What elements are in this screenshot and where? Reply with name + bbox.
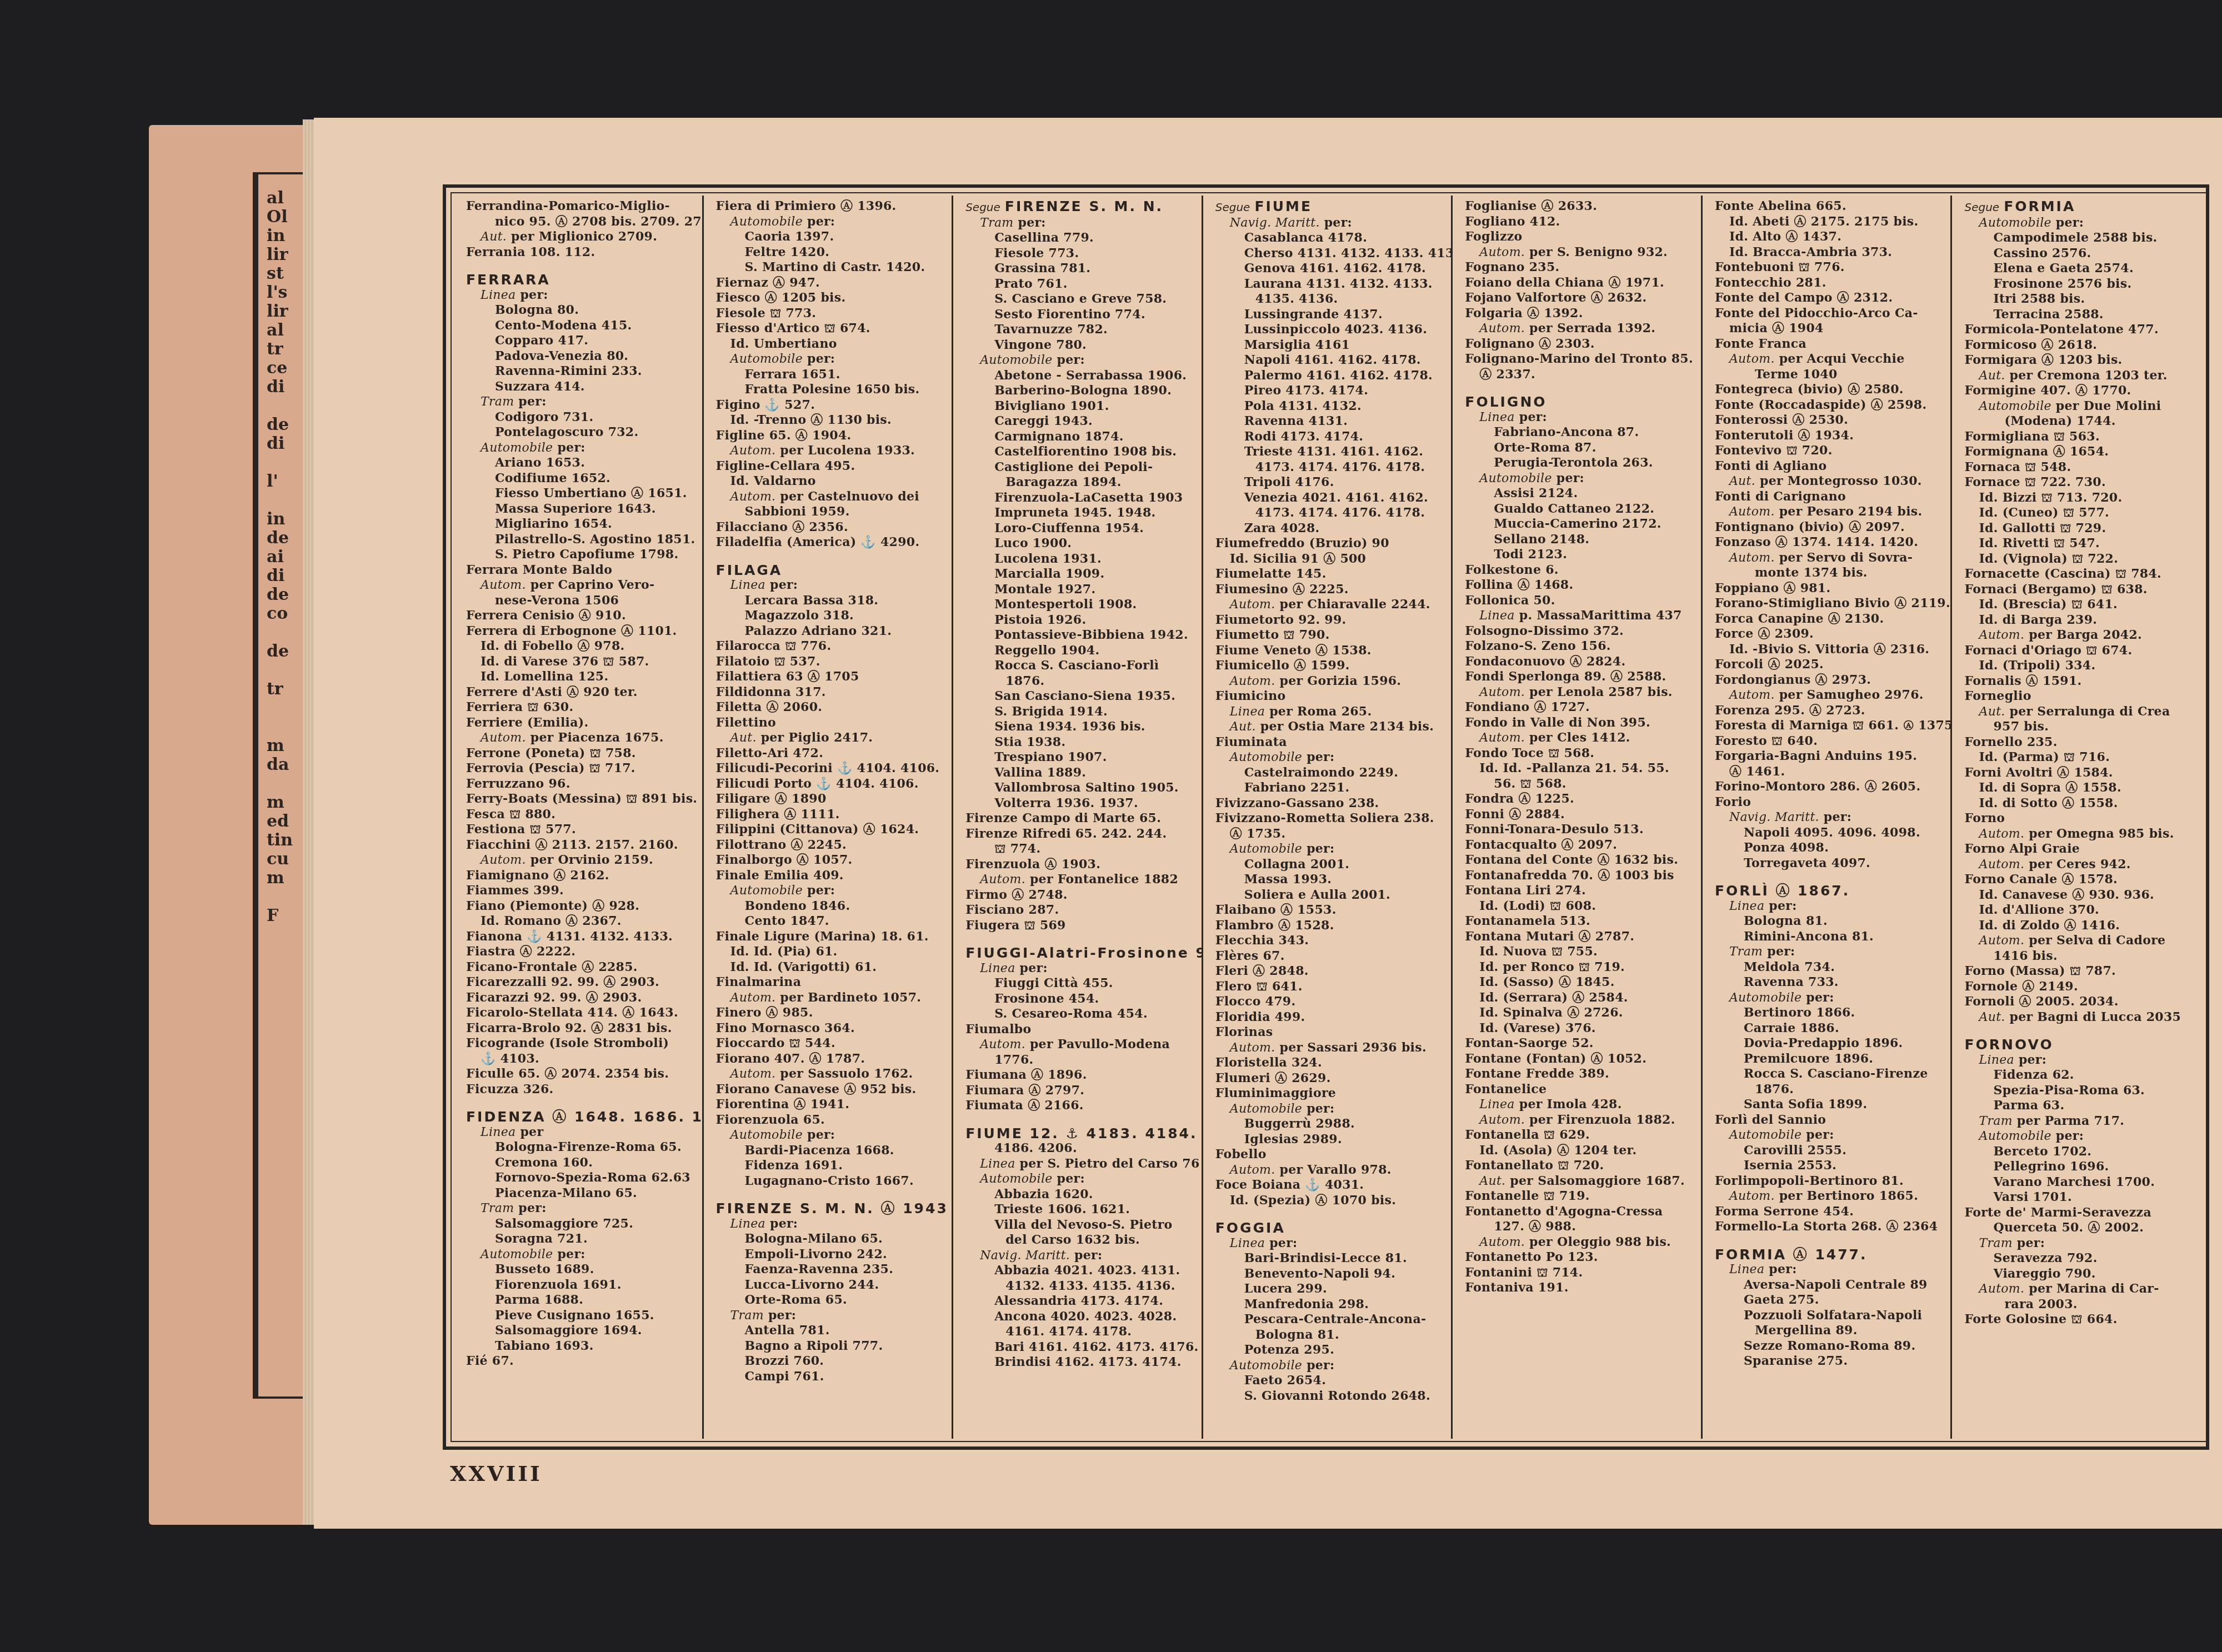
index-entry: Automobile per Due Molini	[1964, 399, 2195, 414]
index-entry: Aut. per Miglionico 2709.	[466, 229, 697, 245]
index-entry: Fiesole 773.	[965, 246, 1196, 262]
index-entry: Finale Emilia 409.	[716, 868, 947, 884]
index-entry: Ravenna 733.	[1715, 975, 1945, 990]
index-entry: Figline-Cellara 495.	[716, 459, 947, 474]
index-column-6: Fonte Abelina 665.Id. Abeti Ⓐ 2175. 2175…	[1703, 196, 1953, 1439]
index-entry: Autom. per Omegna 985 bis.	[1964, 827, 2195, 842]
index-entry: Fidenza 62.	[1964, 1068, 2195, 1083]
index-entry: Filetto-Ari 472.	[716, 746, 947, 762]
index-entry: Fontevivo ⛫ 720.	[1715, 443, 1945, 459]
index-entry: Codigoro 731.	[466, 410, 697, 425]
index-entry: Linea per:	[716, 578, 947, 593]
index-entry: Pozzuoli Solfatara-Napoli	[1715, 1308, 1945, 1324]
index-entry: Fontanelice	[1465, 1082, 1695, 1098]
index-entry: Id. Valdarno	[716, 474, 947, 489]
index-entry: Flumeri Ⓐ 2629.	[1215, 1071, 1446, 1087]
index-entry: Stia 1938.	[965, 735, 1196, 750]
index-entry: 4173. 4174. 4176. 4178.	[1215, 505, 1446, 521]
index-entry: Ravenna 4131.	[1215, 414, 1446, 429]
index-entry: Vingone 780.	[965, 338, 1196, 353]
index-entry: Ariano 1653.	[466, 455, 697, 471]
index-entry: Soliera e Aulla 2001.	[1215, 888, 1446, 903]
index-entry: Venezia 4021. 4161. 4162.	[1215, 490, 1446, 506]
index-entry: 4135. 4136.	[1215, 292, 1446, 307]
index-entry: Id. di Sotto Ⓐ 1558.	[1964, 796, 2195, 812]
index-entry: Fojano Valfortore Ⓐ 2632.	[1465, 291, 1695, 306]
continued-heading: SegueFIRENZE S. M. N.	[965, 199, 1196, 216]
index-entry: Fobello	[1215, 1147, 1446, 1163]
index-entry: Floridia 499.	[1215, 1010, 1446, 1025]
index-entry: Formicoso Ⓐ 2618.	[1964, 338, 2195, 353]
index-entry: Follonica 50.	[1465, 593, 1695, 609]
index-entry: Campodimele 2588 bis.	[1964, 231, 2195, 246]
index-entry: Fornoli Ⓐ 2005. 2034.	[1964, 994, 2195, 1010]
index-entry: Casellina 779.	[965, 231, 1196, 246]
index-entry: Ferry-Boats (Messina) ⛫ 891 bis.	[466, 792, 697, 807]
index-entry: Autom. per Sassari 2936 bis.	[1215, 1040, 1446, 1056]
index-entry: Autom. per Lenola 2587 bis.	[1465, 685, 1695, 700]
index-entry: Parma 63.	[1964, 1098, 2195, 1114]
index-entry: 4132. 4133. 4135. 4136.	[965, 1279, 1196, 1294]
index-entry: Fontanafredda 70. Ⓐ 1003 bis	[1465, 868, 1695, 884]
index-entry: Firenze Campo di Marte 65.	[965, 811, 1196, 827]
index-entry: Aversa-Napoli Centrale 89	[1715, 1278, 1945, 1293]
index-entry: Forno Alpi Graie	[1964, 842, 2195, 857]
index-entry: Fidenza 1691.	[716, 1158, 947, 1174]
index-entry: Rocca S. Casciano-Forlì	[965, 658, 1196, 674]
index-entry: Linea per:	[1465, 410, 1695, 425]
index-entry: Id. Id. (Varigotti) 61.	[716, 960, 947, 975]
index-entry: Formigine 407. Ⓐ 1770.	[1964, 383, 2195, 399]
index-entry: Empoli-Livorno 242.	[716, 1247, 947, 1263]
index-entry: Id. Bizzi ⛫ 713. 720.	[1964, 490, 2195, 506]
index-entry: Berceto 1702.	[1964, 1144, 2195, 1160]
index-entry: Forno (Massa) ⛫ 787.	[1964, 964, 2195, 979]
index-entry: Fivizzano-Gassano 238.	[1215, 796, 1446, 812]
index-entry: Automobile per:	[1964, 216, 2195, 231]
index-entry: Tram per:	[466, 1201, 697, 1217]
index-entry: Automobile per:	[716, 352, 947, 367]
index-entry: Santa Sofia 1899.	[1715, 1097, 1945, 1113]
index-entry: Id. (Sasso) Ⓐ 1845.	[1465, 975, 1695, 990]
index-entry: S. Brigida 1914.	[965, 704, 1196, 720]
index-entry: Forneglio	[1964, 689, 2195, 704]
index-entry: 4186. 4206.	[965, 1141, 1196, 1157]
index-entry: Id. (Serrara) Ⓐ 2584.	[1465, 990, 1695, 1006]
index-entry: Fiera di Primiero Ⓐ 1396.	[716, 199, 947, 214]
index-entry: Isernia 2553.	[1715, 1158, 1945, 1174]
index-entry: S. Giovanni Rotondo 2648.	[1215, 1389, 1446, 1404]
index-entry: Fondaconuovo Ⓐ 2824.	[1465, 654, 1695, 670]
index-entry: Cherso 4131. 4132. 4133. 4136.	[1215, 246, 1446, 262]
index-entry: Lucca-Livorno 244.	[716, 1278, 947, 1293]
index-entry: Autom. per Oleggio 988 bis.	[1465, 1235, 1695, 1250]
index-entry: Id. (Tripoli) 334.	[1964, 658, 2195, 674]
index-entry: Viareggio 790.	[1964, 1266, 2195, 1282]
index-entry: Id. di Zoldo Ⓐ 1416.	[1964, 918, 2195, 934]
index-entry: Foglianise Ⓐ 2633.	[1465, 199, 1695, 214]
index-entry: Fiumetorto 92. 99.	[1215, 613, 1446, 628]
index-column-3: SegueFIRENZE S. M. N.Tram per:Casellina …	[953, 196, 1203, 1439]
index-entry: Ficulle 65. Ⓐ 2074. 2354 bis.	[466, 1067, 697, 1082]
index-entry: Fonte Abelina 665.	[1715, 199, 1945, 214]
index-entry: Fildidonna 317.	[716, 685, 947, 700]
index-entry: Rodi 4173. 4174.	[1215, 429, 1446, 445]
index-entry: Ferruzzano 96.	[466, 777, 697, 792]
index-entry: Fiorenzuola 1691.	[466, 1278, 697, 1293]
index-entry: Fondi Sperlonga 89. Ⓐ 2588.	[1465, 669, 1695, 685]
index-entry: 1876.	[965, 674, 1196, 689]
index-entry: Navig. Maritt. per:	[1715, 810, 1945, 825]
index-entry: Migliarino 1654.	[466, 517, 697, 532]
index-entry: 127. Ⓐ 988.	[1465, 1219, 1695, 1235]
index-entry: Ficano-Frontale Ⓐ 2285.	[466, 960, 697, 975]
index-entry: ⛫ 774.	[965, 842, 1196, 857]
index-entry: Fornaci d'Oriago ⛫ 674.	[1964, 643, 2195, 659]
index-entry: Laurana 4131. 4132. 4133.	[1215, 277, 1446, 292]
index-entry: Fiumetto ⛫ 790.	[1215, 628, 1446, 643]
index-entry: Aut. per Montegrosso 1030.	[1715, 474, 1945, 489]
index-entry: Pontelagoscuro 732.	[466, 425, 697, 440]
index-entry: Aut. per Salsomaggiore 1687.	[1465, 1174, 1695, 1189]
index-entry: Follina Ⓐ 1468.	[1465, 578, 1695, 593]
index-entry: Bologna-Milano 65.	[716, 1232, 947, 1247]
index-entry: Potenza 295.	[1215, 1343, 1446, 1358]
index-entry: Id. (Spezia) Ⓐ 1070 bis.	[1215, 1193, 1446, 1209]
index-entry: Id. Rivetti ⛫ 547.	[1964, 536, 2195, 552]
index-entry: Manfredonia 298.	[1215, 1297, 1446, 1313]
index-entry: Palermo 4161. 4162. 4178.	[1215, 368, 1446, 384]
index-entry: Id. Umbertiano	[716, 337, 947, 352]
index-entry: Rocca S. Casciano-Firenze	[1715, 1067, 1945, 1082]
index-entry: Fiumelatte 145.	[1215, 567, 1446, 582]
index-entry: Autom. per Varallo 978.	[1215, 1163, 1446, 1178]
index-entry: San Casciano-Siena 1935.	[965, 689, 1196, 704]
index-entry: Id. Spinalva Ⓐ 2726.	[1465, 1005, 1695, 1021]
index-entry: micia Ⓐ 1904	[1715, 321, 1945, 337]
index-entry: Castelraimondo 2249.	[1215, 765, 1446, 781]
index-entry: Fornace ⛫ 722. 730.	[1964, 475, 2195, 490]
index-entry: rara 2003.	[1964, 1297, 2195, 1313]
index-entry: Genova 4161. 4162. 4178.	[1215, 261, 1446, 277]
index-entry: Id. di Varese 376 ⛫ 587.	[466, 654, 697, 670]
index-entry: Linea per Roma 265.	[1215, 704, 1446, 720]
index-column-7: SegueFORMIAAutomobile per:Campodimele 25…	[1952, 196, 2200, 1439]
index-entry: Fontebuoni ⛫ 776.	[1715, 260, 1945, 276]
index-entry: Linea per Imola 428.	[1465, 1097, 1695, 1113]
station-heading: FIDENZA Ⓐ 1648. 1686. 1687.	[466, 1109, 697, 1125]
index-entry: Forte de' Marmi-Seravezza	[1964, 1205, 2195, 1221]
index-entry: Ferrera Cenisio Ⓐ 910.	[466, 608, 697, 624]
index-entry: Fluminimaggiore	[1215, 1086, 1446, 1102]
index-entry: Foresto ⛫ 640.	[1715, 734, 1945, 749]
index-entry: Collagna 2001.	[1215, 857, 1446, 873]
index-entry: Forca Canapine Ⓐ 2130.	[1715, 612, 1945, 627]
index-entry: Pellegrino 1696.	[1964, 1159, 2195, 1175]
index-entry: Figino ⚓ 527.	[716, 398, 947, 413]
index-entry: Bari-Brindisi-Lecce 81.	[1215, 1251, 1446, 1266]
page-frame: Ferrandina-Pomarico-Miglio-nico 95. Ⓐ 27…	[443, 184, 2209, 1450]
station-heading: FOLIGNO	[1465, 394, 1695, 410]
index-entry: Formignana Ⓐ 1654.	[1964, 444, 2195, 460]
index-entry: S. Martino di Castr. 1420.	[716, 260, 947, 276]
index-entry: Ⓐ 1735.	[1215, 827, 1446, 842]
index-entry: Fiugera ⛫ 569	[965, 918, 1196, 934]
index-entry: Flambro Ⓐ 1528.	[1215, 918, 1446, 934]
index-entry: Fonti di Carignano	[1715, 489, 1945, 505]
index-entry: Varsi 1701.	[1964, 1190, 2195, 1205]
index-entry: Fontanelle ⛫ 719.	[1465, 1189, 1695, 1204]
index-entry: Gaeta 275.	[1715, 1293, 1945, 1308]
index-entry: Carmignano 1874.	[965, 429, 1196, 445]
index-entry: Faenza-Ravenna 235.	[716, 1262, 947, 1278]
index-entry: Firmo Ⓐ 2748.	[965, 888, 1196, 903]
index-entry: Autom. per Sassuolo 1762.	[716, 1067, 947, 1082]
index-entry: Filadelfia (America) ⚓ 4290.	[716, 535, 947, 550]
index-entry: Fiumicello Ⓐ 1599.	[1215, 658, 1446, 674]
index-entry: Trieste 4131. 4161. 4162.	[1215, 444, 1446, 460]
index-entry: Linea per:	[1964, 1053, 2195, 1068]
index-entry: Autom. per Caprino Vero-	[466, 578, 697, 593]
index-entry: Forma Serrone 454.	[1715, 1204, 1945, 1220]
index-entry: Ficarazzi 92. 99. Ⓐ 2903.	[466, 990, 697, 1006]
index-entry: Id. (Vignola) ⛫ 722.	[1964, 552, 2195, 567]
index-entry: Terracina 2588.	[1964, 307, 2195, 323]
station-heading: FIRENZE S. M. N. Ⓐ 1943	[716, 1201, 947, 1217]
station-heading: FORNOVO	[1964, 1037, 2195, 1053]
index-entry: Ⓐ 1461.	[1715, 764, 1945, 780]
index-entry: Sesto Fiorentino 774.	[965, 307, 1196, 323]
index-entry: Ferrania 108. 112.	[466, 245, 697, 261]
index-entry: Filatoio ⛫ 537.	[716, 654, 947, 670]
index-entry: Automobile per:	[466, 1247, 697, 1263]
index-entry: Filacciano Ⓐ 2356.	[716, 520, 947, 535]
index-entry: Parma 1688.	[466, 1293, 697, 1308]
index-entry: Fontan-Saorge 52.	[1465, 1036, 1695, 1052]
index-entry: Casablanca 4178.	[1215, 231, 1446, 246]
index-entry: Fabriano 2251.	[1215, 780, 1446, 796]
index-entry: Fontanellato ⛫ 720.	[1465, 1158, 1695, 1174]
index-entry: Forno	[1964, 811, 2195, 827]
index-entry: Ficuzza 326.	[466, 1082, 697, 1098]
index-entry: Massa 1993.	[1215, 872, 1446, 888]
index-entry: Automobile per:	[1215, 842, 1446, 857]
index-entry: Autom. per Orvinio 2159.	[466, 853, 697, 868]
index-entry: Finale Ligure (Marina) 18. 61.	[716, 929, 947, 945]
index-entry: Fonte (Roccadaspide) Ⓐ 2598.	[1715, 398, 1945, 413]
index-entry: Lercara Bassa 318.	[716, 593, 947, 609]
index-entry: Autom. per Cles 1412.	[1465, 730, 1695, 746]
index-entry: Force Ⓐ 2309.	[1715, 627, 1945, 642]
index-entry: Id. (Cuneo) ⛫ 577.	[1964, 505, 2195, 521]
index-entry: Fornaci (Bergamo) ⛫ 638.	[1964, 582, 2195, 598]
index-entry: Automobile per:	[466, 440, 697, 456]
index-entry: Todi 2123.	[1465, 547, 1695, 563]
index-entry: Frosinone 454.	[965, 992, 1196, 1007]
index-entry: Perugia-Terontola 263.	[1465, 455, 1695, 471]
index-entry: Foiano della Chiana Ⓐ 1971.	[1465, 276, 1695, 291]
index-entry: Ficarolo-Stellata 414. Ⓐ 1643.	[466, 1005, 697, 1021]
station-heading: FORMIA Ⓐ 1477.	[1715, 1247, 1945, 1263]
index-entry: Marsiglia 4161	[1215, 338, 1446, 353]
index-entry: Fontana Mutari Ⓐ 2787.	[1465, 929, 1695, 945]
index-entry: Napoli 4095. 4096. 4098.	[1715, 825, 1945, 841]
index-entry: Fogliano 412.	[1465, 214, 1695, 230]
index-entry: Abbazia 4021. 4023. 4131.	[965, 1263, 1196, 1279]
index-entry: Ferrandina-Pomarico-Miglio-	[466, 199, 697, 214]
index-entry: Fiacchini Ⓐ 2113. 2157. 2160.	[466, 838, 697, 853]
index-entry: Id. Sicilia 91 Ⓐ 500	[1215, 552, 1446, 567]
index-entry: Filetta Ⓐ 2060.	[716, 700, 947, 715]
index-entry: Careggi 1943.	[965, 414, 1196, 429]
index-entry: Florinas	[1215, 1025, 1446, 1040]
index-entry: Linea per:	[1715, 1262, 1945, 1278]
index-entry: Fiesso d'Artico ⛫ 674.	[716, 321, 947, 337]
index-entry: Forcoli Ⓐ 2025.	[1715, 657, 1945, 673]
index-entry: Fontana Liri 274.	[1465, 883, 1695, 899]
index-entry: Sparanise 275.	[1715, 1354, 1945, 1369]
index-entry: Forni Avoltri Ⓐ 1584.	[1964, 765, 2195, 781]
index-entry: (Modena) 1744.	[1964, 414, 2195, 429]
index-entry: Automobile per:	[1715, 990, 1945, 1006]
index-column-5: Foglianise Ⓐ 2633.Fogliano 412.FoglizzoA…	[1453, 196, 1703, 1439]
index-entry: Tram per:	[716, 1308, 947, 1324]
index-entry: Id. Id. -Pallanza 21. 54. 55.	[1465, 761, 1695, 777]
index-entry: Id. (Varese) 376.	[1465, 1021, 1695, 1037]
index-entry: Castiglione dei Pepoli-	[965, 460, 1196, 475]
index-entry: Fornalis Ⓐ 1591.	[1964, 674, 2195, 689]
index-entry: Fonte del Pidocchio-Arco Ca-	[1715, 306, 1945, 322]
index-entry: Pontassieve-Bibbiena 1942.	[965, 628, 1196, 643]
index-entry: Fontane Fredde 389.	[1465, 1067, 1695, 1082]
index-entry: Grassina 781.	[965, 261, 1196, 277]
index-column-2: Fiera di Primiero Ⓐ 1396.Automobile per:…	[704, 196, 954, 1439]
index-entry: Filigare Ⓐ 1890	[716, 792, 947, 807]
index-entry: Feltre 1420.	[716, 245, 947, 261]
station-heading: FIUGGI-Alatri-Frosinone 93.	[965, 945, 1196, 961]
page-number: XXVIII	[450, 1461, 542, 1486]
index-entry: monte 1374 bis.	[1715, 565, 1945, 581]
index-entry: Id. di Fobello Ⓐ 978.	[466, 639, 697, 654]
index-entry: Id. -Trenno Ⓐ 1130 bis.	[716, 413, 947, 428]
continued-heading: SegueFORMIA	[1964, 199, 2195, 216]
index-entry: Siena 1934. 1936 bis.	[965, 719, 1196, 735]
index-entry: Fié 67.	[466, 1354, 697, 1369]
index-entry: Autom. per Chiaravalle 2244.	[1215, 597, 1446, 613]
index-entry: Pescara-Centrale-Ancona-	[1215, 1312, 1446, 1328]
index-entry: Fiano (Piemonte) Ⓐ 928.	[466, 899, 697, 914]
index-entry: Floristella 324.	[1215, 1055, 1446, 1071]
index-entry: Autom. per Servo di Sovra-	[1715, 550, 1945, 566]
index-entry: Forio	[1715, 795, 1945, 810]
index-entry: Forte Golosine ⛫ 664.	[1964, 1312, 2195, 1328]
index-entry: Forno Canale Ⓐ 1578.	[1964, 872, 2195, 888]
index-entry: Id. d'Allione 370.	[1964, 903, 2195, 918]
index-entry: Filarocca ⛫ 776.	[716, 639, 947, 654]
index-entry: Trespiano 1907.	[965, 750, 1196, 765]
index-entry: Mergellina 89.	[1715, 1323, 1945, 1339]
index-entry: Palazzo Adriano 321.	[716, 624, 947, 639]
index-entry: Ⓐ 2337.	[1465, 367, 1695, 383]
index-entry: Autom. per Marina di Car-	[1964, 1281, 2195, 1297]
index-entry: Codifiume 1652.	[466, 471, 697, 487]
index-entry: Figline 65. Ⓐ 1904.	[716, 428, 947, 444]
index-entry: Ferriera ⛫ 630.	[466, 700, 697, 715]
index-entry: Foresta di Marniga ⛫ 661. Ⓐ 1375.	[1715, 718, 1945, 734]
index-entry: Id. (Asola) Ⓐ 1204 ter.	[1465, 1143, 1695, 1159]
index-entry: Aut. per Piglio 2417.	[716, 730, 947, 746]
index-entry: Forgaria-Bagni Anduins 195.	[1715, 749, 1945, 764]
index-entry: Finalmarina	[716, 975, 947, 990]
index-entry: Gualdo Cattaneo 2122.	[1465, 502, 1695, 517]
index-column-1: Ferrandina-Pomarico-Miglio-nico 95. Ⓐ 27…	[454, 196, 704, 1439]
index-entry: Campi 761.	[716, 1369, 947, 1385]
index-entry: Id. Lomellina 125.	[466, 669, 697, 685]
index-entry: Festiona ⛫ 577.	[466, 822, 697, 838]
index-entry: Fondo in Valle di Non 395.	[1465, 715, 1695, 731]
index-entry: Fiuggi Città 455.	[965, 976, 1196, 992]
index-column-4: SegueFIUMENavig. Maritt. per:Casablanca …	[1203, 196, 1453, 1439]
station-heading: FILAGA	[716, 563, 947, 578]
index-entry: Bologna 81.	[1715, 914, 1945, 929]
index-entry: Massa Superiore 1643.	[466, 502, 697, 517]
index-entry: Sezze Romano-Roma 89.	[1715, 1339, 1945, 1354]
index-entry: Fiesole ⛫ 773.	[716, 306, 947, 322]
index-entry: Id. Abeti Ⓐ 2175. 2175 bis.	[1715, 214, 1945, 230]
index-entry: Autom. per Barga 2042.	[1964, 628, 2195, 643]
index-entry: Ferrara Monte Baldo	[466, 563, 697, 578]
index-entry: Copparo 417.	[466, 333, 697, 349]
index-entry: Orte-Roma 87.	[1465, 440, 1695, 456]
index-entry: Forlimpopoli-Bertinoro 81.	[1715, 1174, 1945, 1189]
index-entry: Fornole Ⓐ 2149.	[1964, 979, 2195, 995]
index-entry: Fontanetto d'Agogna-Cressa	[1465, 1204, 1695, 1220]
index-entry: Linea per:	[1715, 899, 1945, 914]
index-entry: Filicudi Porto ⚓ 4104. 4106.	[716, 777, 947, 792]
index-entry: Itri 2588 bis.	[1964, 292, 2195, 307]
index-entry: Id. per Ronco ⛫ 719.	[1465, 960, 1695, 975]
index-entry: Fino Mornasco 364.	[716, 1021, 947, 1037]
index-entry: Varano Marchesi 1700.	[1964, 1175, 2195, 1190]
index-entry: Fiumata Ⓐ 2166.	[965, 1098, 1196, 1114]
index-entry: Aut. per Serralunga di Crea	[1964, 704, 2195, 720]
index-entry: 4173. 4174. 4176. 4178.	[1215, 460, 1446, 475]
index-entry: Forenza 295. Ⓐ 2723.	[1715, 703, 1945, 719]
index-entry: Sabbioni 1959.	[716, 504, 947, 520]
index-entry: Salsomaggiore 725.	[466, 1217, 697, 1232]
index-entry: Filottrano Ⓐ 2245.	[716, 838, 947, 853]
index-entry: nico 95. Ⓐ 2708 bis. 2709. 2710.	[466, 214, 697, 230]
index-entry: Fornacette (Cascina) ⛫ 784.	[1964, 567, 2195, 582]
index-entry: Pireo 4173. 4174.	[1215, 383, 1446, 399]
index-entry: Fabriano-Ancona 87.	[1465, 425, 1695, 440]
index-entry: Tram per:	[965, 216, 1196, 231]
index-entry: Filicudi-Pecorini ⚓ 4104. 4106.	[716, 761, 947, 777]
index-entry: Meldola 734.	[1715, 960, 1945, 975]
index-entry: Castelfiorentino 1908 bis.	[965, 444, 1196, 460]
index-entry: Fesca ⛫ 880.	[466, 807, 697, 823]
index-entry: Pola 4131. 4132.	[1215, 399, 1446, 414]
index-entry: Filettino	[716, 715, 947, 731]
index-entry: Firenze Rifredi 65. 242. 244.	[965, 827, 1196, 842]
index-entry: Fiorano 407. Ⓐ 1787.	[716, 1052, 947, 1067]
index-entry: Autom. per Acqui Vecchie	[1715, 352, 1945, 367]
index-entry: Fiume Veneto Ⓐ 1538.	[1215, 643, 1446, 659]
index-entry: Fondo Toce ⛫ 568.	[1465, 746, 1695, 762]
index-entry: Lucera 299.	[1215, 1281, 1446, 1297]
index-entry: Id. Id. (Pia) 61.	[716, 944, 947, 960]
index-entry: Filattiera 63 Ⓐ 1705	[716, 669, 947, 685]
